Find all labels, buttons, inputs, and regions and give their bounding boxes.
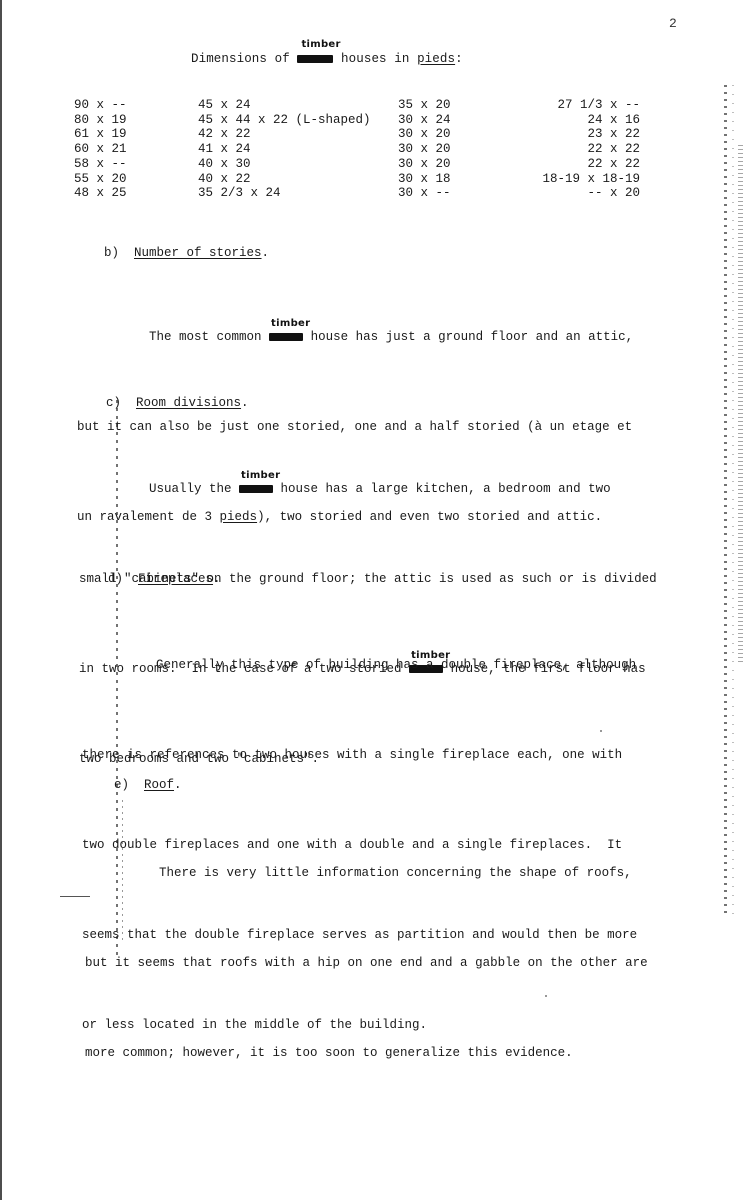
section-label: c): [106, 396, 136, 410]
paragraph-line: Generally this type of building has a do…: [82, 650, 637, 680]
title-end: :: [455, 52, 463, 66]
paragraph-line: The most common timber house has just a …: [77, 322, 633, 352]
section-title: Number of stories: [134, 246, 262, 260]
dimensions-column-2: 45 x 2445 x 44 x 22 (L-shaped)42 x 2241 …: [198, 98, 368, 201]
dimension-entry: 30 x 20: [398, 142, 451, 157]
dimension-entry: 40 x 30: [198, 157, 368, 172]
ink-blot: [297, 55, 333, 63]
section-title: Roof: [144, 778, 174, 792]
title-prefix: Dimensions of: [191, 52, 290, 66]
dimensions-column-3: 35 x 2030 x 2430 x 2030 x 2030 x 2030 x …: [398, 98, 451, 201]
dimension-entry: 42 x 22: [198, 127, 368, 142]
dimension-entry: 45 x 24: [198, 98, 368, 113]
dimension-entry: 22 x 22: [528, 157, 640, 172]
dimension-entry: 23 x 22: [528, 127, 640, 142]
table-title: Dimensions of timber houses in pieds:: [191, 52, 463, 66]
handwritten-correction: timber: [301, 39, 340, 50]
dimension-entry: 40 x 22: [198, 172, 368, 187]
dimension-entry: 45 x 44 x 22 (L-shaped): [198, 113, 368, 128]
dimension-entry: 30 x 20: [398, 157, 451, 172]
heading-period: .: [213, 572, 221, 586]
paragraph-line: Usually the timber house has a large kit…: [79, 474, 657, 504]
section-d-heading: d)Fireplaces.: [108, 572, 221, 586]
dimension-entry: 35 x 20: [398, 98, 451, 113]
section-title: Room divisions: [136, 396, 241, 410]
section-c-heading: c)Room divisions.: [106, 396, 249, 410]
struck-word: timber: [269, 322, 303, 352]
dimension-entry: 24 x 16: [528, 113, 640, 128]
dimension-entry: 30 x 24: [398, 113, 451, 128]
section-e-heading: e)Roof.: [114, 778, 182, 792]
section-title: Fireplaces: [138, 572, 213, 586]
section-label: d): [108, 572, 138, 586]
section-b-heading: b)Number of stories.: [104, 246, 269, 260]
paragraph-line: more common; however, it is too soon to …: [85, 1038, 648, 1068]
dimensions-column-1: 90 x --80 x 1961 x 1960 x 2158 x --55 x …: [74, 98, 127, 201]
dimension-entry: 80 x 19: [74, 113, 127, 128]
dimension-entry: 58 x --: [74, 157, 127, 172]
handwritten-correction: timber: [241, 461, 280, 491]
dimension-entry: 30 x --: [398, 186, 451, 201]
heading-period: .: [241, 396, 249, 410]
dimension-entry: 27 1/3 x --: [528, 98, 640, 113]
dimension-entry: 41 x 24: [198, 142, 368, 157]
dimension-entry: 22 x 22: [528, 142, 640, 157]
handwritten-correction: timber: [271, 309, 310, 339]
title-underlined: pieds: [417, 52, 455, 66]
heading-period: .: [174, 778, 182, 792]
dimension-entry: 18-19 x 18-19: [528, 172, 640, 187]
title-suffix: houses in: [341, 52, 409, 66]
dimension-entry: 55 x 20: [74, 172, 127, 187]
paragraph-line: but it seems that roofs with a hip on on…: [85, 948, 648, 978]
struck-word: timber: [297, 52, 333, 66]
dimension-entry: 30 x 18: [398, 172, 451, 187]
dimensions-column-4: 27 1/3 x --24 x 1623 x 2222 x 2222 x 221…: [528, 98, 640, 201]
paragraph-line: there is references to two houses with a…: [82, 740, 637, 770]
section-label: e): [114, 778, 144, 792]
dimension-entry: 48 x 25: [74, 186, 127, 201]
dimension-entry: 60 x 21: [74, 142, 127, 157]
section-e-paragraph: There is very little information concern…: [85, 798, 648, 1098]
section-label: b): [104, 246, 134, 260]
struck-word: timber: [239, 474, 273, 504]
scan-left-edge: [0, 0, 2, 1200]
scan-margin-noise: [716, 85, 745, 915]
dimension-entry: 61 x 19: [74, 127, 127, 142]
dimension-entry: -- x 20: [528, 186, 640, 201]
dimension-entry: 35 2/3 x 24: [198, 186, 368, 201]
text: house has just a ground floor and an att…: [311, 330, 634, 344]
text: Usually the: [149, 482, 232, 496]
dimension-entry: 30 x 20: [398, 127, 451, 142]
heading-period: .: [262, 246, 270, 260]
dimension-entry: 90 x --: [74, 98, 127, 113]
text: The most common: [149, 330, 262, 344]
text: house has a large kitchen, a bedroom and…: [281, 482, 611, 496]
page-number: 2: [669, 16, 677, 31]
paragraph-line: There is very little information concern…: [85, 858, 648, 888]
